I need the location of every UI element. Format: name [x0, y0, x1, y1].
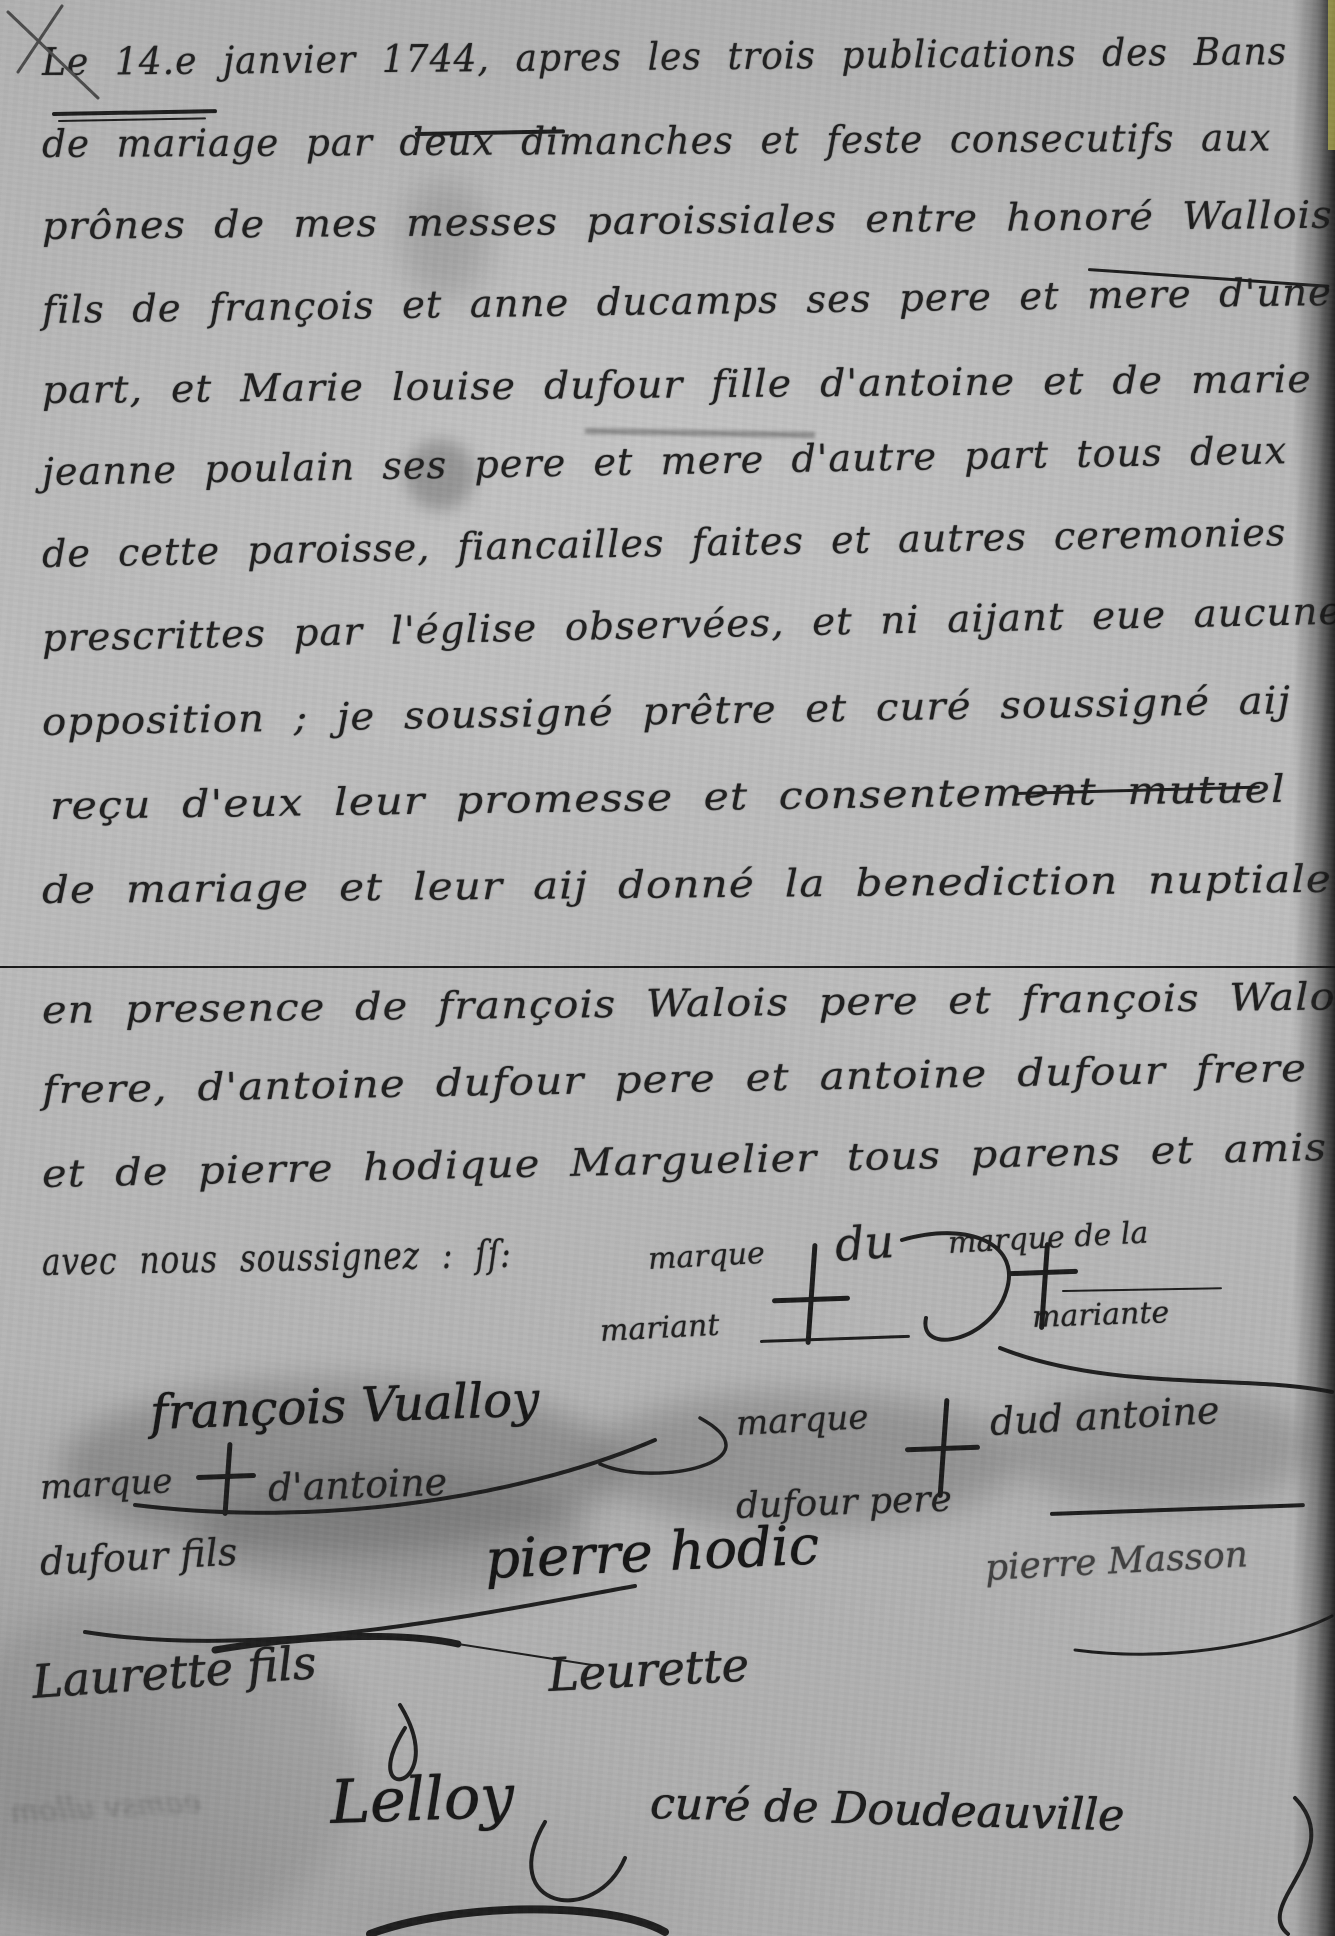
cross-horizontal	[196, 1473, 256, 1480]
record-line: prescrittes par l'église observées, et n…	[42, 589, 1335, 660]
record-line: jeanne poulain ses pere et mere d'autre …	[42, 428, 1288, 494]
signature-laurette: Laurette fils	[30, 1635, 318, 1709]
record-line: avec nous soussignez : ſſ:	[42, 1232, 512, 1284]
record-line: fils de françois et anne ducamps ses per…	[42, 270, 1333, 332]
antoine-fils-mark-line2: dufour fils	[39, 1530, 239, 1584]
groom-mark-label-top: marque	[647, 1236, 766, 1277]
bottom-cropped-stroke	[370, 1909, 665, 1934]
lelloy-descender-loop	[531, 1822, 625, 1900]
groom-mark-label-bottom: mariant	[599, 1308, 720, 1349]
manuscript-scan: eamsv ullom Le 14.e janvier 1744, apres …	[0, 0, 1335, 1936]
signature-cure-title: curé de Doudeauville	[649, 1778, 1124, 1841]
scan-seam-line	[0, 966, 1335, 968]
record-line: de mariage par deux dimanches et feste c…	[42, 116, 1272, 166]
cross-vertical	[1039, 1242, 1050, 1330]
antoine-fils-mark-cross	[196, 1442, 256, 1516]
cross-vertical	[806, 1243, 818, 1345]
record-line: part, et Marie louise dufour fille d'ant…	[42, 357, 1312, 412]
record-line: en presence de françois Walois pere et f…	[42, 974, 1335, 1032]
record-line: Le 14.e janvier 1744, apres les trois pu…	[42, 29, 1288, 84]
record-line: de mariage et leur aij donné la benedict…	[42, 857, 1332, 912]
mariante-thin-stroke	[1062, 1287, 1222, 1292]
signature-francois-vualloy: françois Vualloy	[149, 1371, 540, 1441]
vualloy-tail-flourish	[600, 1418, 726, 1473]
underline-date-day	[52, 109, 217, 116]
record-line: reçu d'eux leur promesse et consentement…	[50, 767, 1286, 828]
record-line: de cette paroisse, fiancailles faites et…	[42, 510, 1287, 576]
record-line: opposition ; je soussigné prêtre et curé…	[42, 678, 1292, 744]
scan-edge-sliver	[1328, 0, 1335, 150]
signature-leurette: Leurette	[547, 1638, 750, 1702]
antoine-fils-mark-word1: marque	[39, 1461, 173, 1508]
ink-bleedthrough: eamsv ullom	[9, 1785, 202, 1830]
du-tail-flourish	[1000, 1348, 1332, 1392]
mark-connector-du: du	[833, 1214, 896, 1272]
scan-gutter-shadow	[1293, 0, 1335, 1936]
antoine-pere-mark-word2: dud antoine	[989, 1388, 1221, 1444]
antoine-pere-mark-word1: marque	[735, 1397, 869, 1444]
dufour-fils-swoosh	[85, 1586, 635, 1641]
antoine-fils-mark-word2: d'antoine	[267, 1460, 448, 1510]
pere-tail-stroke	[1050, 1503, 1305, 1516]
record-line: frere, d'antoine dufour pere et antoine …	[42, 1046, 1308, 1112]
underline-dufour	[585, 428, 815, 438]
record-line: et de pierre hodique Marguelier tous par…	[42, 1125, 1328, 1196]
signature-pierre-masson: pierre Masson	[984, 1534, 1249, 1589]
bride-mark-cross	[1008, 1242, 1078, 1330]
signature-pierre-hodic: pierre hodic	[484, 1513, 820, 1591]
record-line: prônes de mes messes paroissiales entre …	[42, 193, 1333, 248]
signature-cure-name: Lelloy	[329, 1762, 515, 1838]
